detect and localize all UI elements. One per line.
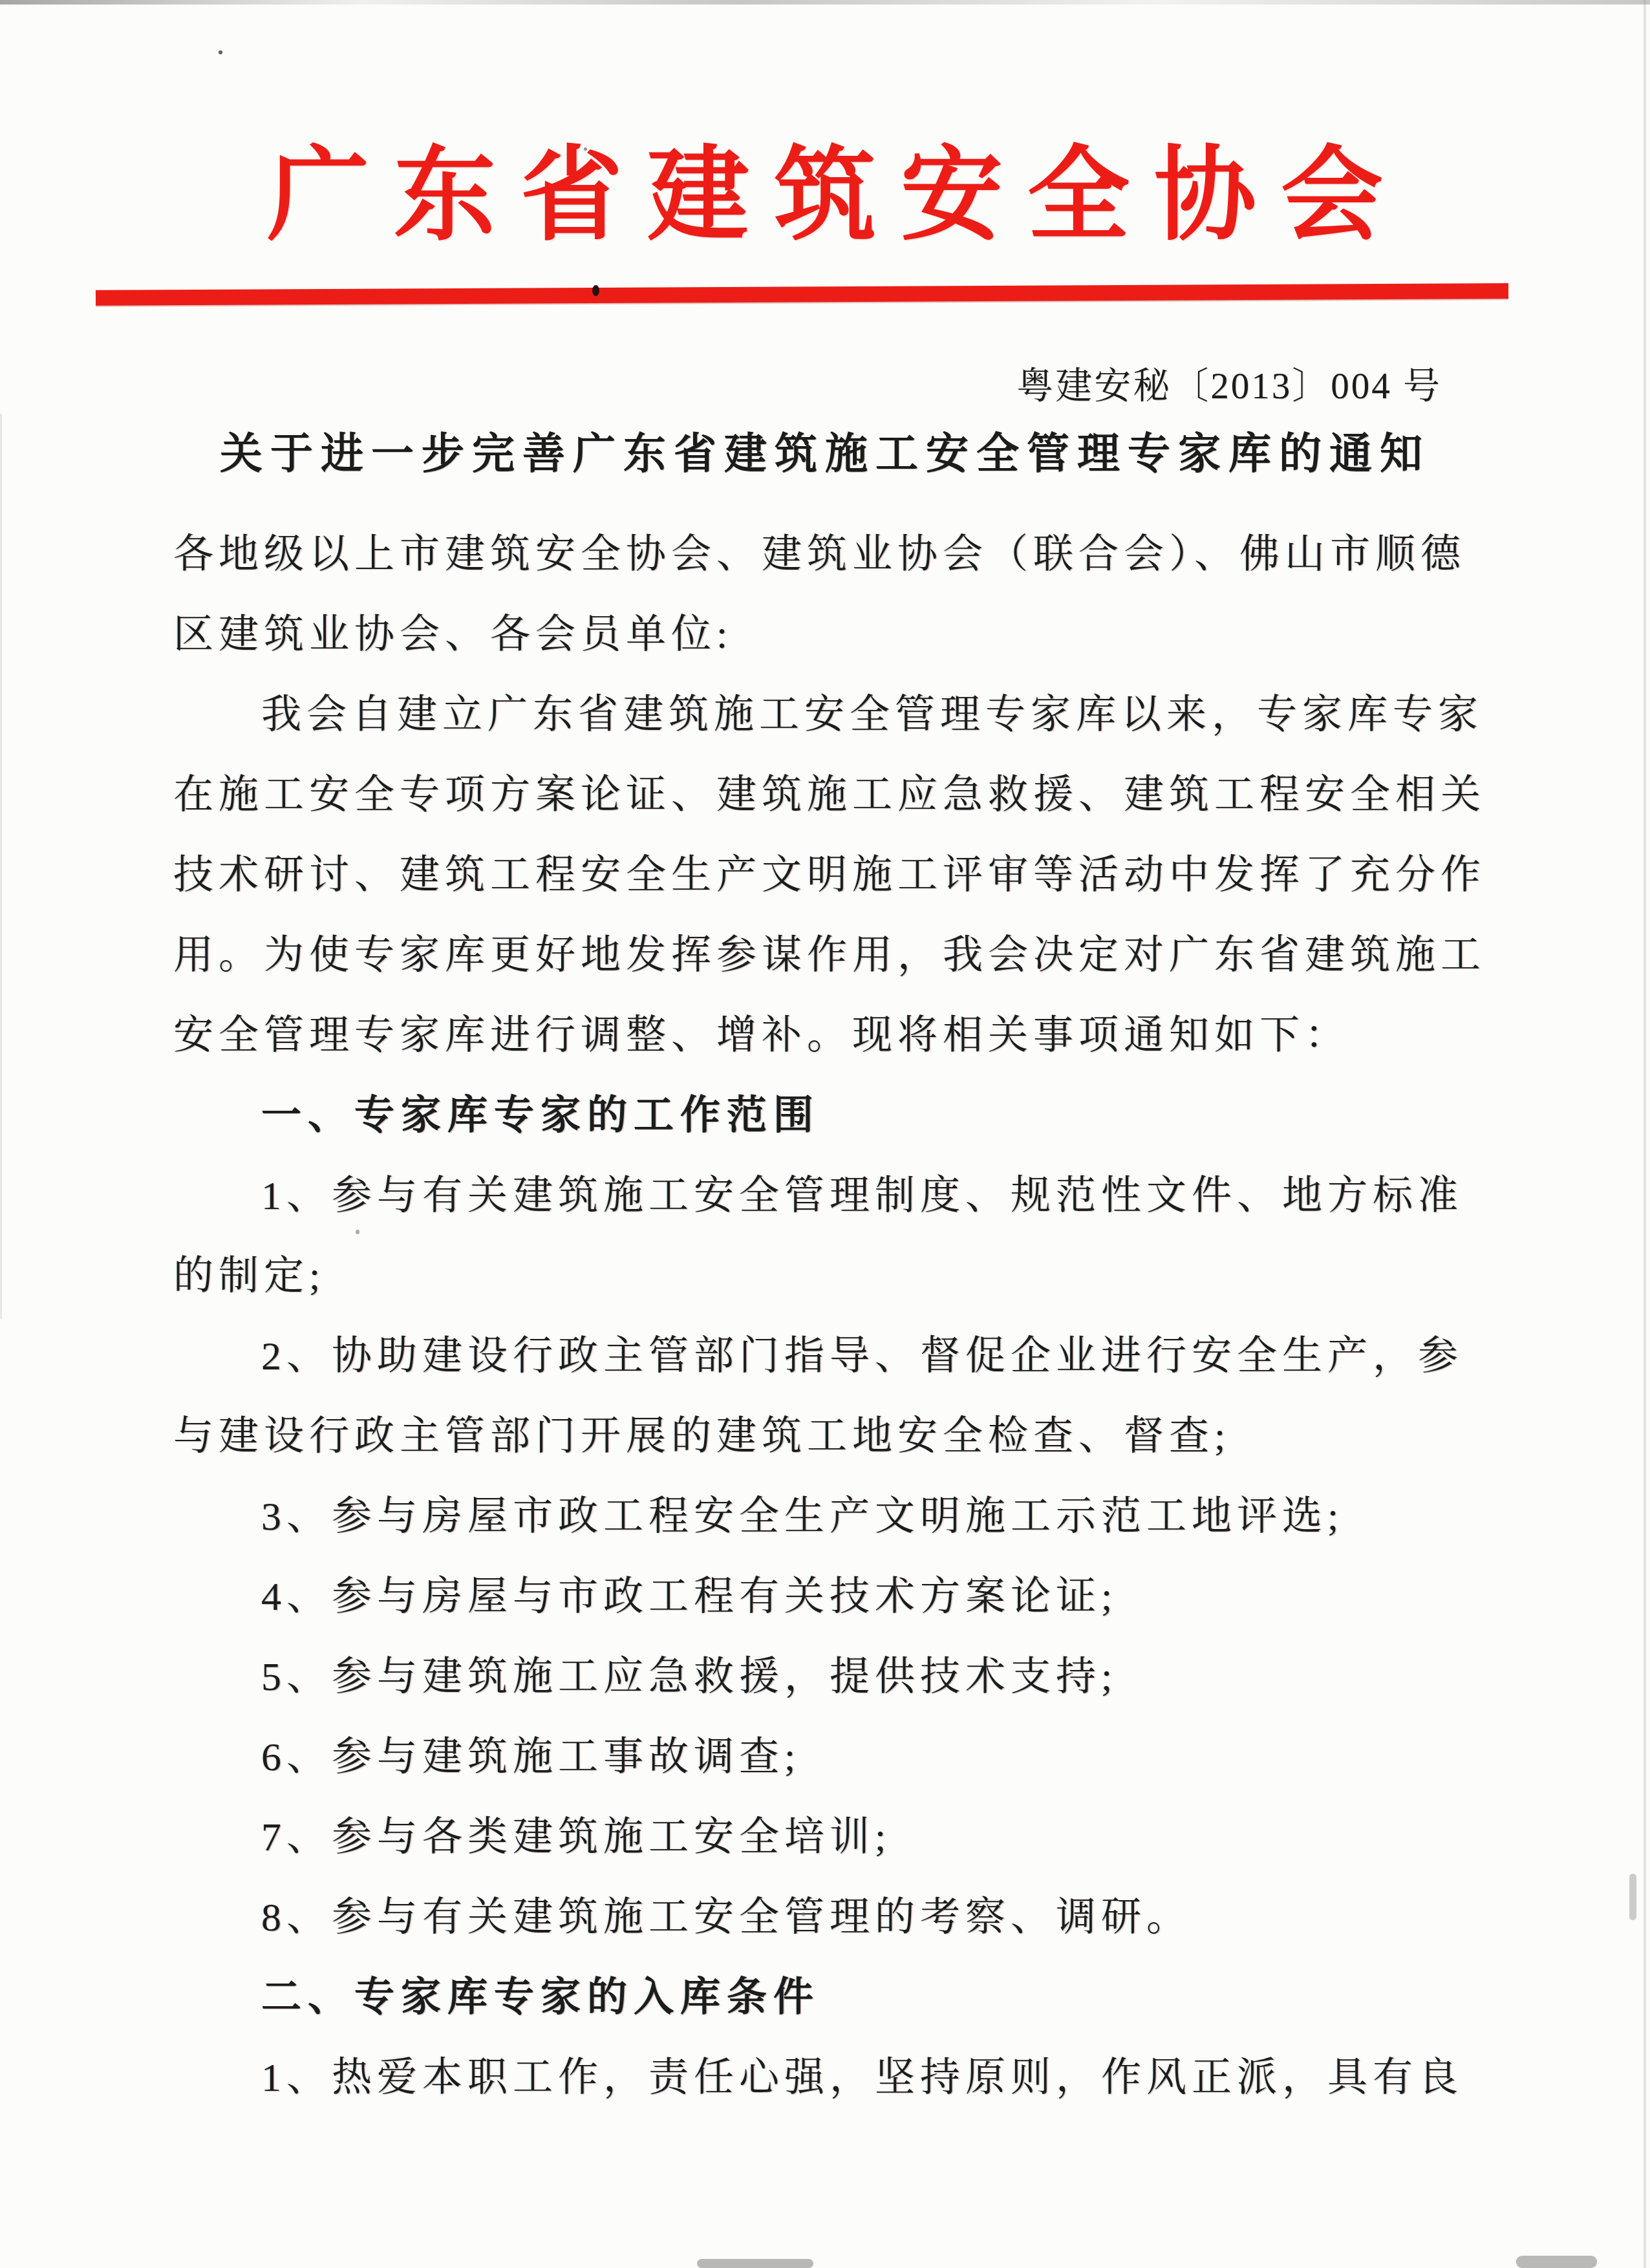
body-line: 与建设行政主管部门开展的建筑工地安全检查、督查; (173, 1396, 1496, 1477)
notice-title: 关于进一步完善广东省建筑施工安全管理专家库的通知 (0, 423, 1650, 486)
body-line: 1、热爱本职工作，责任心强，坚持原则，作风正派，具有良 (173, 2038, 1496, 2118)
body-line: 各地级以上市建筑安全协会、建筑业协会（联合会）、佛山市顺德 (173, 515, 1496, 595)
scan-edge-right (1644, 0, 1646, 2268)
body-line: 用。为使专家库更好地发挥参谋作用，我会决定对广东省建筑施工 (173, 915, 1496, 996)
body-line: 技术研讨、建筑工程安全生产文明施工评审等活动中发挥了充分作 (173, 835, 1496, 915)
body-line: 8、参与有关建筑施工安全管理的考察、调研。 (173, 1878, 1496, 1958)
body-line: 安全管理专家库进行调整、增补。现将相关事项通知如下： (173, 996, 1496, 1076)
body-line: 3、参与房屋市政工程安全生产文明施工示范工地评选; (173, 1477, 1496, 1557)
section-heading-line: 一、专家库专家的工作范围 (173, 1076, 1496, 1156)
body-line: 区建筑业协会、各会员单位: (173, 595, 1496, 675)
letterhead-rule (96, 283, 1508, 306)
body-line: 1、参与有关建筑施工安全管理制度、规范性文件、地方标准 (173, 1156, 1496, 1236)
section-heading-line: 二、专家库专家的入库条件 (173, 1958, 1496, 2038)
letterhead: 广东省建筑安全协会 (0, 0, 1650, 278)
document-body: 各地级以上市建筑安全协会、建筑业协会（联合会）、佛山市顺德区建筑业协会、各会员单… (173, 515, 1496, 2118)
document-number: 粤建安秘〔2013〕004 号 (0, 361, 1650, 412)
body-line: 2、协助建设行政主管部门指导、督促企业进行安全生产，参 (173, 1316, 1496, 1396)
body-line: 在施工安全专项方案论证、建筑施工应急救援、建筑工程安全相关 (173, 755, 1496, 835)
body-line: 6、参与建筑施工事故调查; (173, 1717, 1496, 1797)
letterhead-title: 广东省建筑安全协会 (25, 115, 1650, 278)
body-line: 5、参与建筑施工应急救援，提供技术支持; (173, 1637, 1496, 1717)
body-line: 4、参与房屋与市政工程有关技术方案论证; (173, 1557, 1496, 1637)
body-line: 7、参与各类建筑施工安全培训; (173, 1797, 1496, 1878)
scan-edge-left (0, 414, 2, 1319)
scanned-document-page: 广东省建筑安全协会 粤建安秘〔2013〕004 号 关于进一步完善广东省建筑施工… (0, 0, 1650, 2268)
scan-streak (1629, 1874, 1636, 1920)
scan-smudge (697, 2259, 813, 2268)
scan-smudge (1516, 2256, 1597, 2268)
body-line: 我会自建立广东省建筑施工安全管理专家库以来，专家库专家 (173, 675, 1496, 755)
body-line: 的制定; (173, 1236, 1496, 1316)
